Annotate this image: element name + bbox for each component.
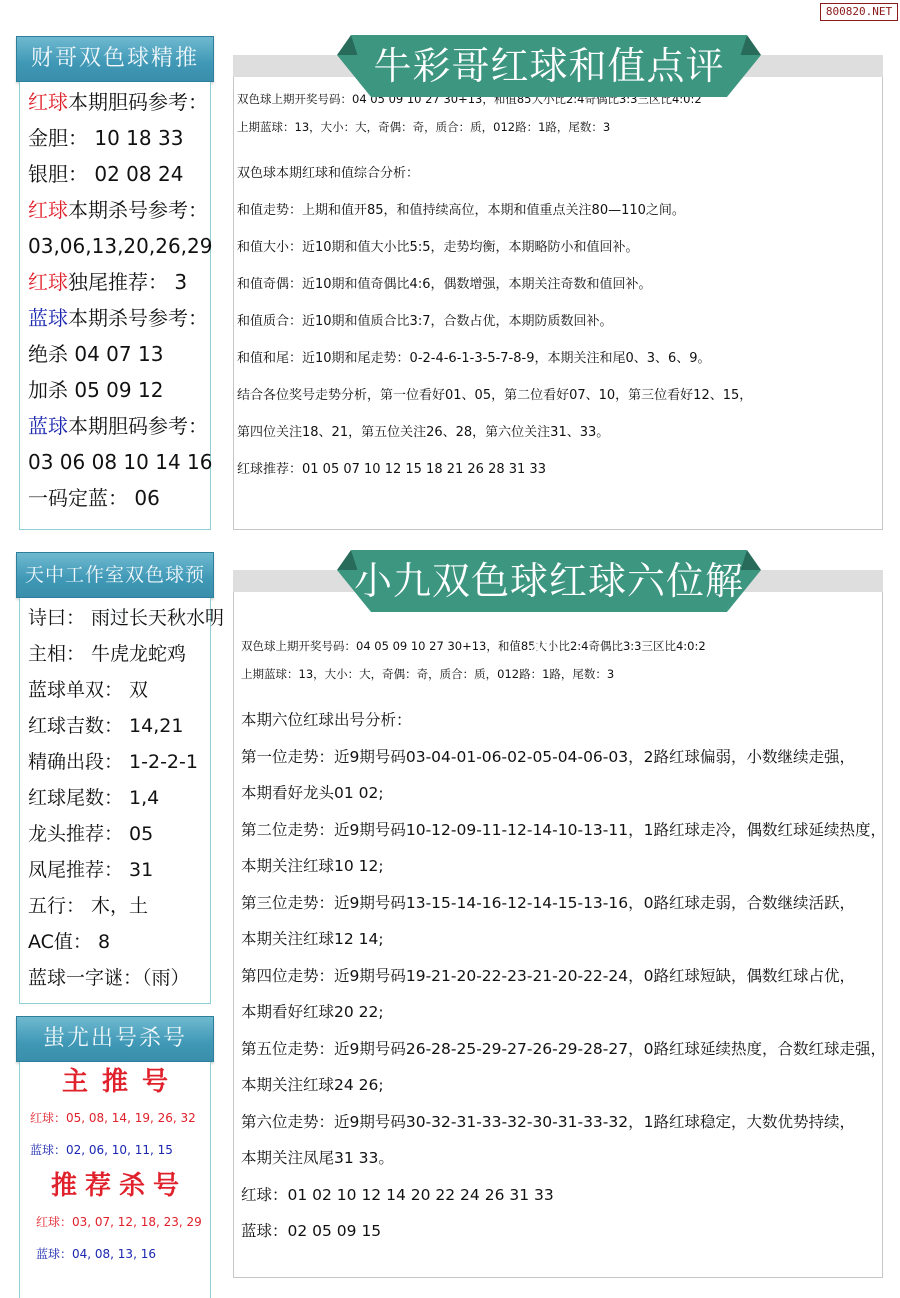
- analysis-line: 和值走势：上期和值开85，和值持续高位，本期和值重点关注80—110之间。: [234, 192, 882, 229]
- caige-prediction-box: 财哥双色球精推 红球本期胆码参考： 金胆： 10 18 33 银胆： 02 08…: [17, 36, 213, 530]
- analysis-heading: 双色球本期红球和值综合分析：: [234, 155, 882, 192]
- kill-blue-numbers: 蓝球：04, 08, 13, 16: [20, 1238, 210, 1270]
- analysis-line: 和值奇偶：近10期和值奇偶比4:6，偶数增强，本期关注奇数和值回补。: [234, 266, 882, 303]
- analysis-line: 第四位关注18、21，第五位关注26、28，第六位关注31、33。: [234, 414, 882, 451]
- panel-content: 双色球上期开奖号码：04 05 09 10 27 30+13，和值85大小比2:…: [233, 77, 883, 530]
- sum-value-review-panel: 双色球上期开奖号码：04 05 09 10 27 30+13，和值85大小比2:…: [233, 35, 883, 530]
- last-blue-line: 上期蓝球：13，大小：大，奇偶：奇，质合：质，012路：1路，尾数：3: [234, 113, 882, 141]
- segment-line: 精确出段： 1-2-2-1: [20, 744, 210, 780]
- site-watermark: 800820.NET: [820, 3, 898, 21]
- blue-ball-picks: 蓝球：02 05 09 15: [238, 1213, 882, 1250]
- zodiac-line: 主相： 牛虎龙蛇鸡: [20, 636, 210, 672]
- position-1-trend: 第一位走势：近9期号码03-04-01-06-02-05-04-06-03，2路…: [238, 739, 882, 776]
- panel-title: 小九双色球红球六位解析: [337, 550, 761, 610]
- red-ball-label: 红球: [28, 198, 68, 222]
- line-text: 本期胆码参考：: [68, 90, 208, 114]
- tianzhong-prediction-box: 天中工作室双色球预测 诗曰： 雨过长天秋水明 主相： 牛虎龙蛇鸡 蓝球单双： 双…: [17, 552, 213, 1004]
- position-2-pick: 本期关注红球10 12;: [238, 848, 882, 885]
- position-3-pick: 本期关注红球12 14;: [238, 921, 882, 958]
- silver-dan-line: 银胆： 02 08 24: [20, 156, 210, 192]
- red-tail-line: 红球独尾推荐： 3: [20, 264, 210, 300]
- red-kill-numbers: 03,06,13,20,26,29: [20, 228, 210, 264]
- blue-extra-kill: 加杀 05 09 12: [20, 372, 210, 408]
- main-pick-title: 主推号: [20, 1062, 210, 1102]
- position-5-trend: 第五位走势：近9期号码26-28-25-29-27-26-29-28-27，0路…: [238, 1031, 882, 1068]
- red-kill-heading: 红球本期杀号参考：: [20, 192, 210, 228]
- position-1-pick: 本期看好龙头01 02;: [238, 775, 882, 812]
- panel-title-ribbon: 牛彩哥红球和值点评: [337, 35, 761, 95]
- analysis-line: 结合各位奖号走势分析，第一位看好01、05，第二位看好07、10，第三位看好12…: [234, 377, 882, 414]
- blue-riddle-line: 蓝球一字谜：（雨）: [20, 960, 210, 996]
- panel-title-ribbon: 小九双色球红球六位解析: [337, 550, 761, 610]
- ac-value-line: AC值： 8: [20, 924, 210, 960]
- main-blue-picks: 蓝球：02, 06, 10, 11, 15: [20, 1134, 210, 1166]
- position-4-trend: 第四位走势：近9期号码19-21-20-22-23-21-20-22-24，0路…: [238, 958, 882, 995]
- box-title: 蚩尤出号杀号: [16, 1016, 214, 1062]
- box-content: 主推号 红球：05, 08, 14, 19, 26, 32 蓝球：02, 06,…: [19, 1062, 211, 1298]
- six-position-analysis-panel: 双色球上期开奖号码：04 05 09 10 27 30+13，和值85大小比2:…: [233, 550, 883, 1280]
- line-text: 本期杀号参考：: [68, 306, 208, 330]
- main-red-picks: 红球：05, 08, 14, 19, 26, 32: [20, 1102, 210, 1134]
- poem-line: 诗曰： 雨过长天秋水明: [20, 600, 210, 636]
- blue-dan-numbers: 03 06 08 10 14 16: [20, 444, 210, 480]
- position-3-trend: 第三位走势：近9期号码13-15-14-16-12-14-15-13-16，0路…: [238, 885, 882, 922]
- head-pick-line: 龙头推荐： 05: [20, 816, 210, 852]
- line-text: 本期杀号参考：: [68, 198, 208, 222]
- line-text: 本期胆码参考：: [68, 414, 208, 438]
- panel-title: 牛彩哥红球和值点评: [337, 35, 761, 95]
- tail-pick-line: 凤尾推荐： 31: [20, 852, 210, 888]
- position-5-pick: 本期关注红球24 26;: [238, 1067, 882, 1104]
- position-6-pick: 本期关注凤尾31 33。: [238, 1140, 882, 1177]
- chiyou-pick-kill-box: 蚩尤出号杀号 主推号 红球：05, 08, 14, 19, 26, 32 蓝球：…: [17, 1016, 213, 1298]
- single-blue-pick: 一码定蓝： 06: [20, 480, 210, 516]
- red-ball-label: 红球: [28, 90, 68, 114]
- red-recommendation: 红球推荐：01 05 07 10 12 15 18 21 26 28 31 33: [234, 451, 882, 488]
- red-ball-label: 红球: [28, 270, 68, 294]
- blue-kill-heading: 蓝球本期杀号参考：: [20, 300, 210, 336]
- analysis-line: 和值质合：近10期和值质合比3:7，合数占优，本期防质数回补。: [234, 303, 882, 340]
- blue-ball-label: 蓝球: [28, 414, 68, 438]
- five-elements-line: 五行： 木，土: [20, 888, 210, 924]
- box-content: 红球本期胆码参考： 金胆： 10 18 33 银胆： 02 08 24 红球本期…: [19, 82, 211, 530]
- panel-content: 双色球上期开奖号码：04 05 09 10 27 30+13，和值85大小比2:…: [233, 592, 883, 1278]
- box-content: 诗曰： 雨过长天秋水明 主相： 牛虎龙蛇鸡 蓝球单双： 双 红球吉数： 14,2…: [19, 598, 211, 1004]
- red-tail-line: 红球尾数： 1,4: [20, 780, 210, 816]
- blue-parity-line: 蓝球单双： 双: [20, 672, 210, 708]
- lucky-numbers-line: 红球吉数： 14,21: [20, 708, 210, 744]
- kill-title: 推荐杀号: [20, 1166, 210, 1206]
- blue-dan-heading: 蓝球本期胆码参考：: [20, 408, 210, 444]
- blue-ball-label: 蓝球: [28, 306, 68, 330]
- analysis-line: 和值大小：近10期和值大小比5:5，走势均衡，本期略防小和值回补。: [234, 229, 882, 266]
- gold-dan-line: 金胆： 10 18 33: [20, 120, 210, 156]
- box-title: 财哥双色球精推: [16, 36, 214, 82]
- analysis-heading: 本期六位红球出号分析：: [238, 702, 882, 739]
- red-dan-heading: 红球本期胆码参考：: [20, 84, 210, 120]
- box-title: 天中工作室双色球预测: [16, 552, 214, 598]
- blue-absolute-kill: 绝杀 04 07 13: [20, 336, 210, 372]
- analysis-line: 和值和尾：近10期和尾走势：0-2-4-6-1-3-5-7-8-9，本期关注和尾…: [234, 340, 882, 377]
- position-4-pick: 本期看好红球20 22;: [238, 994, 882, 1031]
- red-ball-picks: 红球：01 02 10 12 14 20 22 24 26 31 33: [238, 1177, 882, 1214]
- position-2-trend: 第二位走势：近9期号码10-12-09-11-12-14-10-13-11，1路…: [238, 812, 882, 849]
- kill-red-numbers: 红球：03, 07, 12, 18, 23, 29: [20, 1206, 210, 1238]
- line-text: 独尾推荐： 3: [68, 270, 187, 294]
- position-6-trend: 第六位走势：近9期号码30-32-31-33-32-30-31-33-32，1路…: [238, 1104, 882, 1141]
